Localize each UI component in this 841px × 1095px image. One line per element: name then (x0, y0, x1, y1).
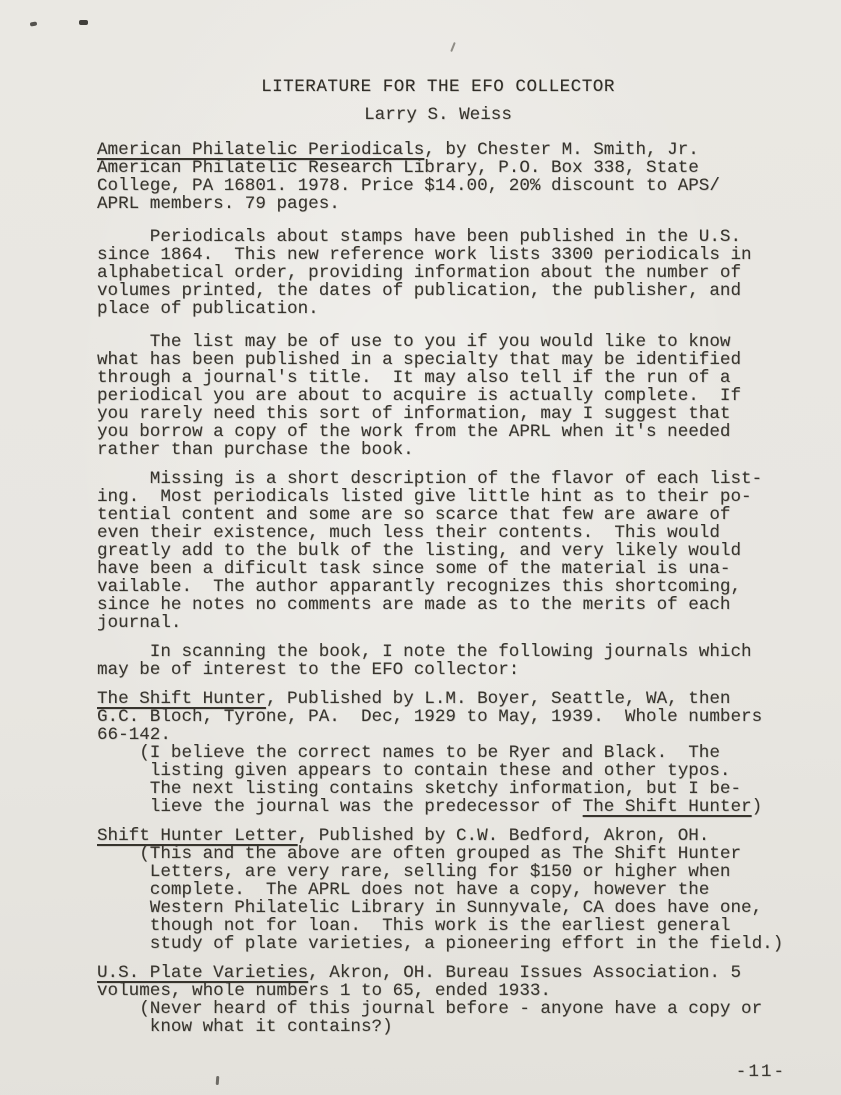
text-line: tential content and some are so scarce t… (97, 506, 779, 524)
text-line: you borrow a copy of the work from the A… (97, 423, 779, 441)
text-line: College, PA 16801. 1978. Price $14.00, 2… (97, 177, 779, 195)
text-line: you rarely need this sort of information… (97, 405, 779, 423)
text-line: through a journal's title. It may also t… (97, 369, 779, 387)
text-line: G.C. Bloch, Tyrone, PA. Dec, 1929 to May… (97, 708, 779, 726)
text-line: American Philatelic Research Library, P.… (97, 159, 779, 177)
text-line: (This and the above are often grouped as… (97, 845, 779, 863)
text-line: greatly add to the bulk of the listing, … (97, 542, 779, 560)
entry-the-shift-hunter: The Shift Hunter, Published by L.M. Boye… (97, 690, 779, 816)
pen-slash-mark (450, 42, 456, 52)
text-line: American Philatelic Periodicals, by Ches… (97, 141, 779, 159)
text-line: In scanning the book, I note the followi… (97, 643, 779, 661)
text-line: (Never heard of this journal before - an… (97, 1000, 779, 1018)
entry-us-plate-varieties: U.S. Plate Varieties, Akron, OH. Bureau … (97, 964, 779, 1036)
text-line: The next listing contains sketchy inform… (97, 780, 779, 798)
page-title: LITERATURE FOR THE EFO COLLECTOR (97, 78, 779, 96)
text-line: study of plate varieties, a pioneering e… (97, 935, 779, 953)
text-line: though not for loan. This work is the ea… (97, 917, 779, 935)
text-line: rather than purchase the book. (97, 441, 779, 459)
text-line: (I believe the correct names to be Ryer … (97, 744, 779, 762)
text-line: Shift Hunter Letter, Published by C.W. B… (97, 827, 779, 845)
text-line: know what it contains?) (97, 1018, 779, 1036)
text-line: journal. (97, 614, 779, 632)
para-periodicals-about-stamps: Periodicals about stamps have been publi… (97, 228, 779, 318)
entry-shift-hunter-letter: Shift Hunter Letter, Published by C.W. B… (97, 827, 779, 953)
text-line: even their existence, much less their co… (97, 524, 779, 542)
para-the-list-may-be-of-use: The list may be of use to you if you wou… (97, 333, 779, 459)
text-line: listing given appears to contain these a… (97, 762, 779, 780)
page-number: -11- (736, 1062, 786, 1082)
ink-speck (79, 20, 88, 25)
underlined-text: American Philatelic Periodicals (97, 140, 424, 160)
underlined-text: The Shift Hunter (583, 797, 752, 817)
underlined-text: U.S. Plate Varieties (97, 963, 308, 983)
ink-speck (30, 21, 38, 26)
scanned-document-page: LITERATURE FOR THE EFO COLLECTOR Larry S… (0, 0, 841, 1095)
para-in-scanning-the-book: In scanning the book, I note the followi… (97, 643, 779, 679)
text-line: lieve the journal was the predecessor of… (97, 798, 779, 816)
text-line: Missing is a short description of the fl… (97, 470, 779, 488)
underlined-text: The Shift Hunter (97, 689, 266, 709)
text-line: what has been published in a specialty t… (97, 351, 779, 369)
text-line: complete. The APRL does not have a copy,… (97, 881, 779, 899)
text-line: have been a dificult task since some of … (97, 560, 779, 578)
text-line: volumes, whole numbers 1 to 65, ended 19… (97, 982, 779, 1000)
ink-speck (216, 1076, 219, 1085)
text-line: place of publication. (97, 300, 779, 318)
entry-american-philatelic-periodicals: American Philatelic Periodicals, by Ches… (97, 141, 779, 213)
document-body: LITERATURE FOR THE EFO COLLECTOR Larry S… (97, 78, 779, 1036)
text-line: 66-142. (97, 726, 779, 744)
text-line: periodical you are about to acquire is a… (97, 387, 779, 405)
text-line: Periodicals about stamps have been publi… (97, 228, 779, 246)
underlined-text: Shift Hunter Letter (97, 826, 298, 846)
text-line: vailable. The author apparantly recogniz… (97, 578, 779, 596)
author-byline: Larry S. Weiss (97, 106, 779, 124)
text-line: Letters, are very rare, selling for $150… (97, 863, 779, 881)
text-line: APRL members. 79 pages. (97, 195, 779, 213)
text-line: alphabetical order, providing informatio… (97, 264, 779, 282)
text-line: U.S. Plate Varieties, Akron, OH. Bureau … (97, 964, 779, 982)
text-line: The list may be of use to you if you wou… (97, 333, 779, 351)
text-line: The Shift Hunter, Published by L.M. Boye… (97, 690, 779, 708)
text-line: Western Philatelic Library in Sunnyvale,… (97, 899, 779, 917)
text-line: volumes printed, the dates of publicatio… (97, 282, 779, 300)
text-line: since he notes no comments are made as t… (97, 596, 779, 614)
text-line: ing. Most periodicals listed give little… (97, 488, 779, 506)
text-line: may be of interest to the EFO collector: (97, 661, 779, 679)
para-missing-description: Missing is a short description of the fl… (97, 470, 779, 632)
paragraph-blocks: American Philatelic Periodicals, by Ches… (97, 141, 779, 1036)
text-line: since 1864. This new reference work list… (97, 246, 779, 264)
